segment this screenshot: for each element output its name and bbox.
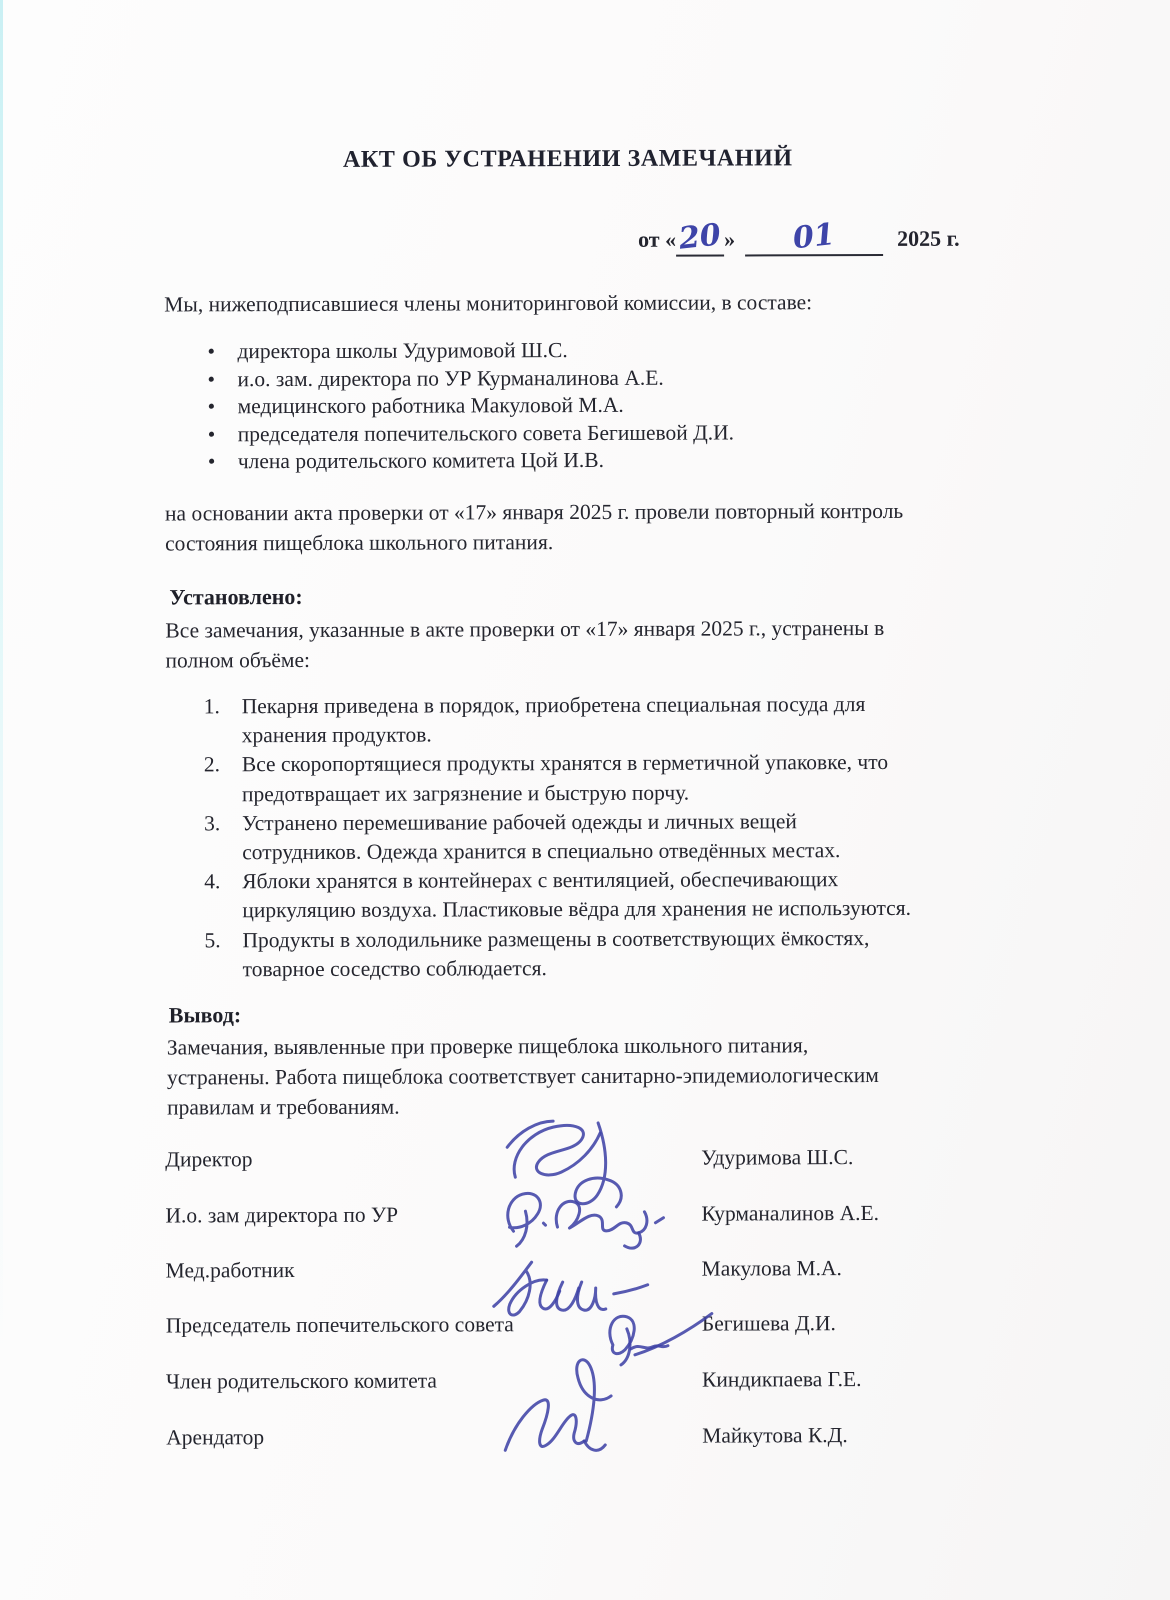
- member-text: директора школы Удуримовой Ш.С.: [237, 337, 567, 366]
- handwritten-day: 20: [676, 220, 724, 257]
- member-text: и.о. зам. директора по УР Курманалинова …: [237, 364, 663, 393]
- established-paragraph: Все замечания, указанные в акте проверки…: [165, 613, 1005, 676]
- date-year: 2025 г.: [897, 226, 960, 251]
- bullet-marker: •: [207, 366, 219, 394]
- handwritten-month-value: 01: [791, 217, 836, 256]
- finding-number: 1.: [204, 692, 234, 751]
- handwritten-day-value: 20: [677, 217, 722, 256]
- finding-text: Устранено перемешивание рабочей одежды и…: [242, 807, 840, 867]
- commission-member-list: • директора школы Удуримовой Ш.С. • и.о.…: [207, 336, 1007, 477]
- finding-number: 5.: [204, 926, 234, 985]
- finding-number: 3.: [204, 809, 234, 868]
- finding-text: Все скоропортящиеся продукты хранятся в …: [242, 748, 888, 809]
- signature-role: Арендатор: [166, 1425, 264, 1449]
- established-heading: Установлено:: [169, 584, 303, 610]
- signature-row: И.о. зам директора по УР Курманалинов А.…: [165, 1200, 1065, 1233]
- finding-item: 3. Устранено перемешивание рабочей одежд…: [204, 806, 1024, 867]
- finding-item: 1. Пекарня приведена в порядок, приобрет…: [204, 689, 1024, 750]
- member-item: • медицинского работника Макуловой М.А.: [208, 391, 1008, 421]
- bullet-marker: •: [208, 449, 220, 477]
- finding-item: 4. Яблоки хранятся в контейнерах с венти…: [204, 865, 1024, 926]
- signature-role: Член родительского комитета: [166, 1369, 437, 1394]
- signature-role: Мед.работник: [166, 1258, 295, 1282]
- member-text: члена родительского комитета Цой И.В.: [238, 447, 604, 476]
- basis-paragraph: на основании акта проверки от «17» январ…: [165, 496, 1005, 559]
- signature-name: Курманалинов А.Е.: [701, 1201, 879, 1227]
- member-item: • и.о. зам. директора по УР Курманалинов…: [207, 363, 1007, 393]
- member-item: • председателя попечительского совета Бе…: [208, 418, 1008, 448]
- document-content: АКТ ОБ УСТРАНЕНИИ ЗАМЕЧАНИЙ от «20»01202…: [0, 0, 1170, 1600]
- signature-row: Мед.работник Макулова М.А.: [166, 1255, 1066, 1288]
- member-text: председателя попечительского совета Беги…: [238, 419, 734, 448]
- date-close-quote: »: [724, 226, 735, 251]
- conclusion-paragraph: Замечания, выявленные при проверке пищеб…: [167, 1030, 997, 1123]
- signature-role: И.о. зам директора по УР: [165, 1203, 398, 1228]
- signature-row: Член родительского комитета Киндикпаева …: [166, 1366, 1066, 1399]
- member-item: • члена родительского комитета Цой И.В.: [208, 446, 1008, 476]
- signature-name: Киндикпаева Г.Е.: [702, 1367, 862, 1393]
- date-prefix: от «: [638, 227, 676, 252]
- bullet-marker: •: [207, 338, 219, 366]
- signature-role: Директор: [165, 1147, 252, 1171]
- signature-row: Арендатор Майкутова К.Д.: [166, 1422, 1066, 1455]
- finding-text: Пекарня приведена в порядок, приобретена…: [242, 690, 866, 751]
- finding-text: Яблоки хранятся в контейнерах с вентиляц…: [242, 865, 911, 926]
- intro-paragraph: Мы, нижеподписавшиеся члены мониторингов…: [164, 287, 1004, 320]
- finding-number: 2.: [204, 751, 234, 810]
- finding-number: 4.: [204, 867, 234, 926]
- handwritten-month: 01: [745, 219, 883, 256]
- findings-list: 1. Пекарня приведена в порядок, приобрет…: [204, 689, 1025, 984]
- conclusion-heading: Вывод:: [169, 1002, 241, 1028]
- member-item: • директора школы Удуримовой Ш.С.: [207, 336, 1007, 366]
- finding-item: 5. Продукты в холодильнике размещены в с…: [204, 923, 1024, 984]
- finding-text: Продукты в холодильнике размещены в соот…: [242, 924, 869, 985]
- signature-name: Майкутова К.Д.: [702, 1423, 848, 1449]
- member-text: медицинского работника Макуловой М.А.: [238, 392, 624, 421]
- finding-item: 2. Все скоропортящиеся продукты хранятся…: [204, 748, 1024, 809]
- signature-name: Удуримова Ш.С.: [701, 1145, 853, 1171]
- signature-row: Директор Удуримова Ш.С.: [165, 1144, 1065, 1177]
- document-title: АКТ ОБ УСТРАНЕНИИ ЗАМЕЧАНИЙ: [153, 145, 983, 175]
- scanned-document-page: АКТ ОБ УСТРАНЕНИИ ЗАМЕЧАНИЙ от «20»01202…: [0, 0, 1170, 1600]
- bullet-marker: •: [208, 421, 220, 449]
- signature-name: Бегишева Д.И.: [702, 1311, 836, 1336]
- signature-role: Председатель попечительского совета: [166, 1312, 514, 1337]
- signature-row: Председатель попечительского совета Беги…: [166, 1310, 1066, 1343]
- signature-name: Макулова М.А.: [702, 1256, 842, 1281]
- date-line: от «20»012025 г.: [638, 218, 1018, 256]
- bullet-marker: •: [208, 393, 220, 421]
